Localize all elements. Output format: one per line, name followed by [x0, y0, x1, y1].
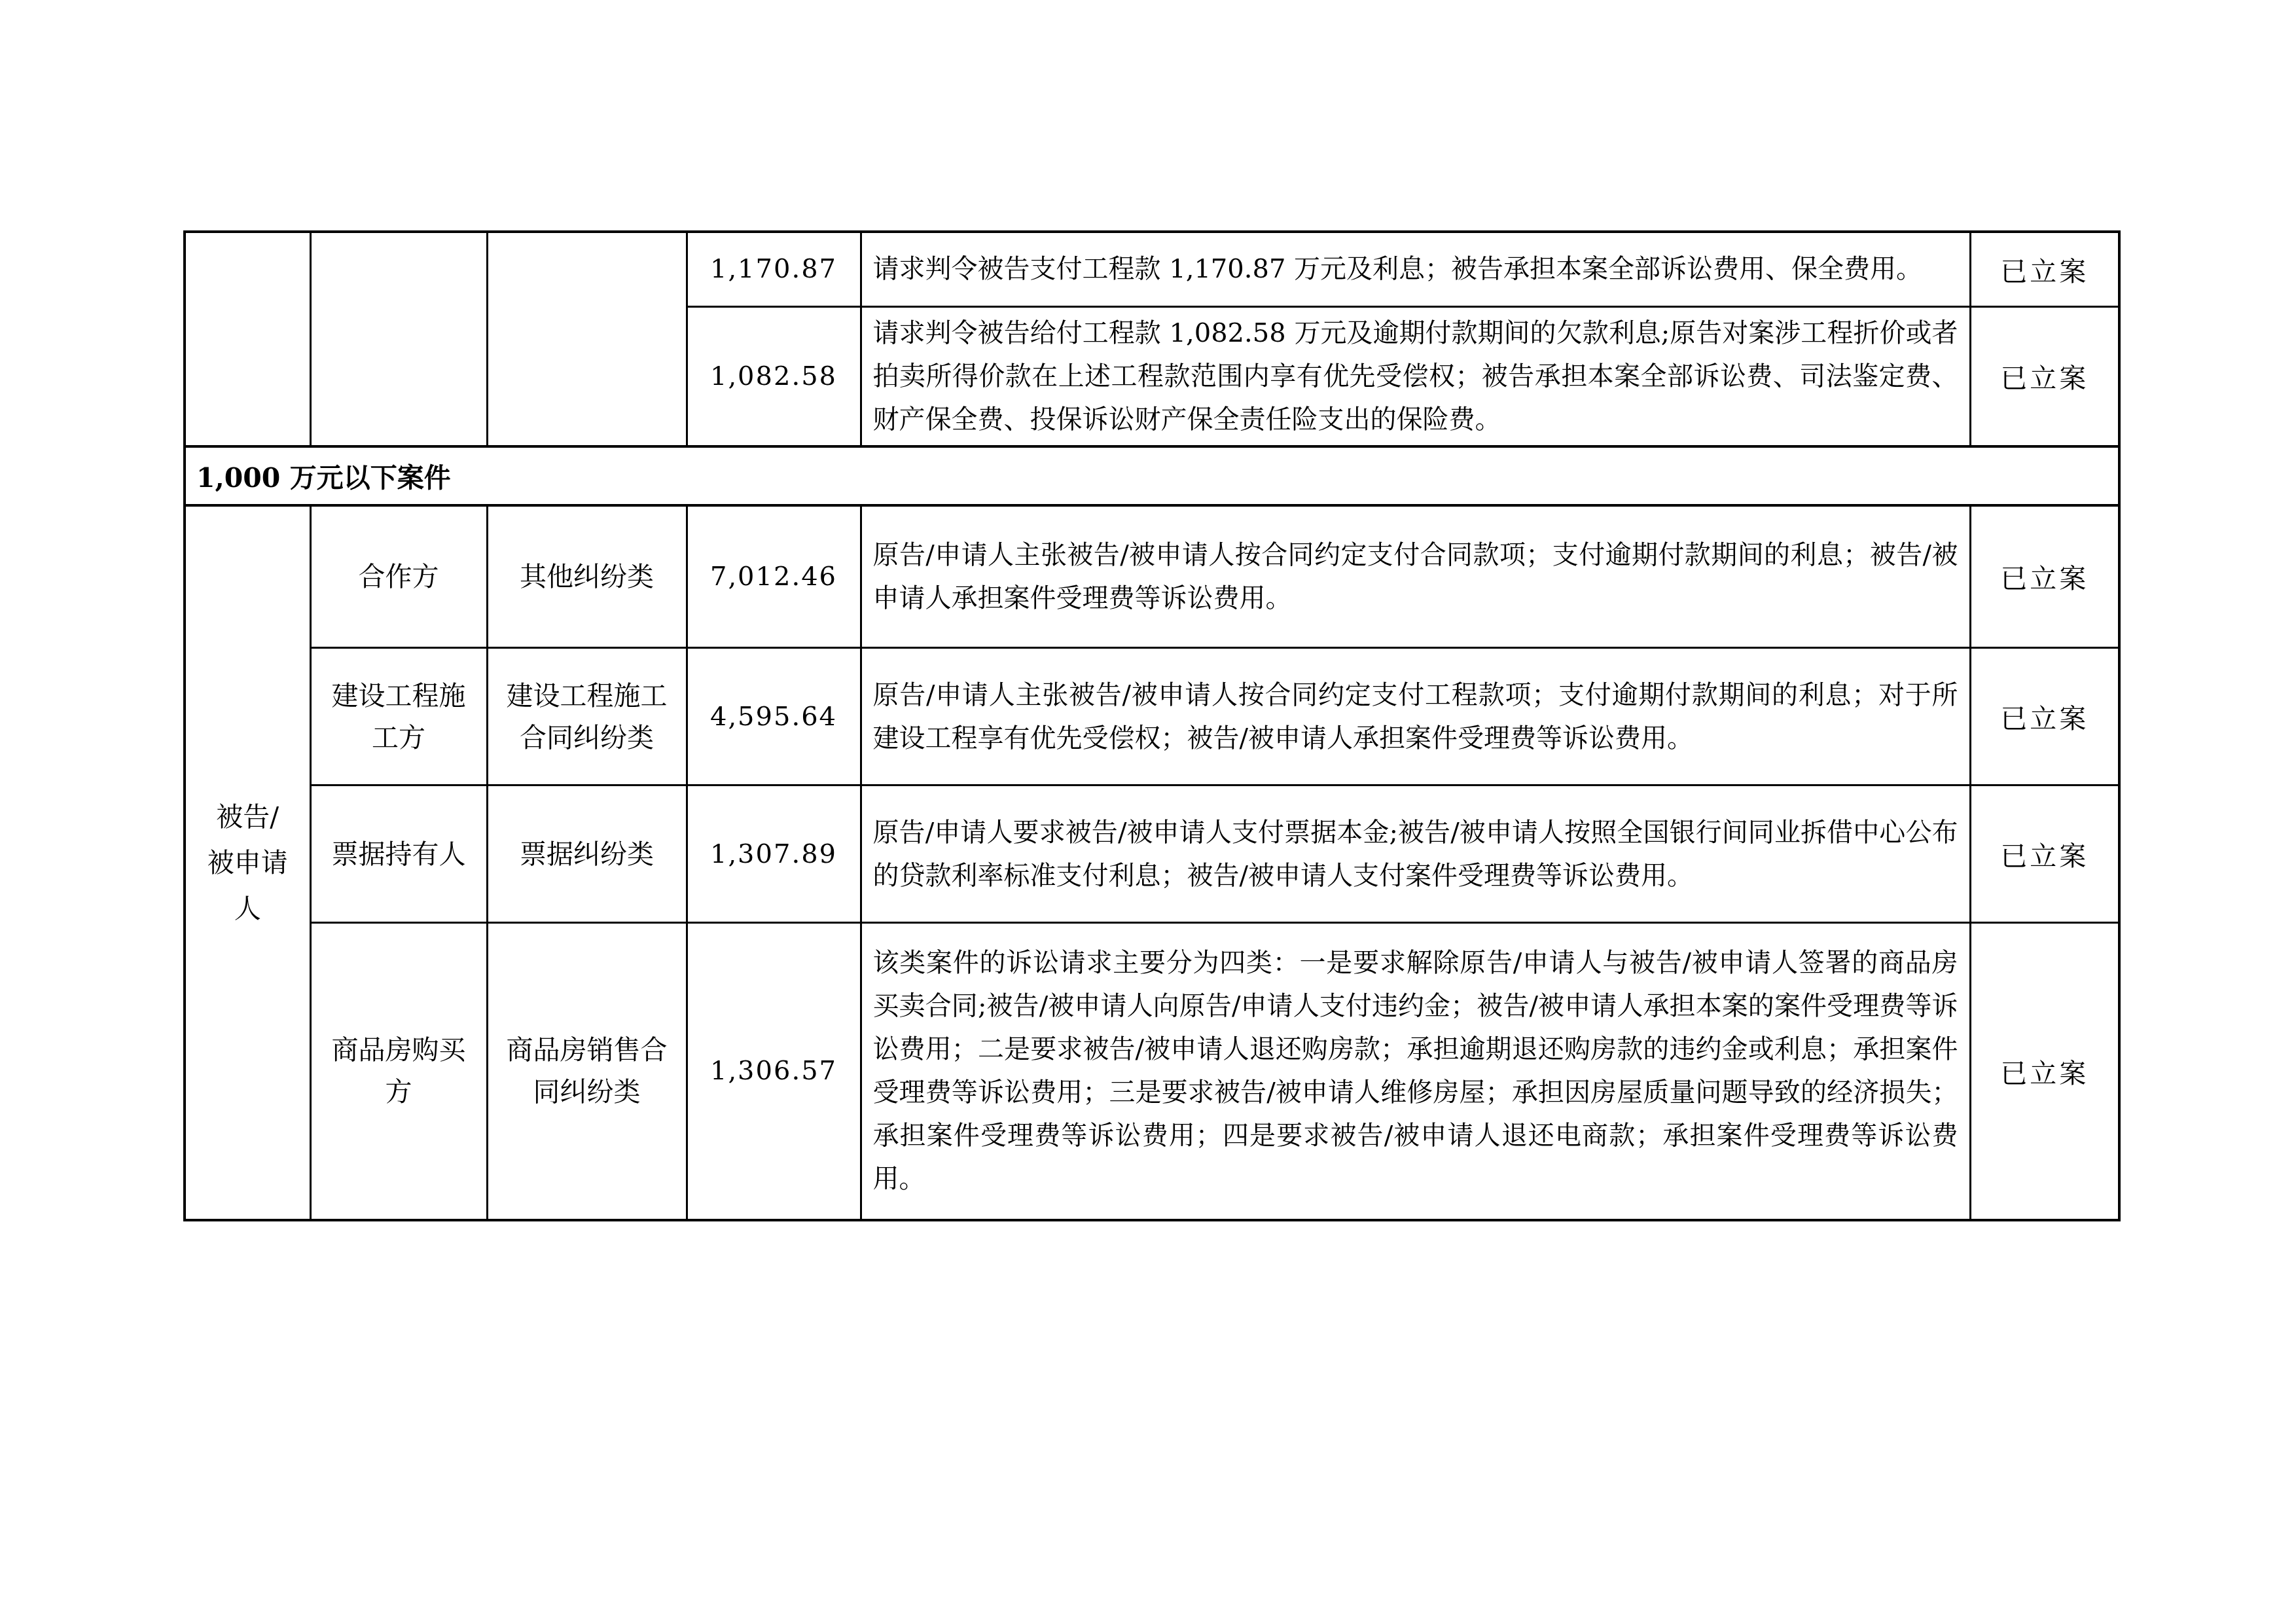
section-header-row: 1,000 万元以下案件 [185, 446, 2119, 505]
dispute-type-cell: 建设工程施工合同纠纷类 [487, 648, 687, 785]
table-row: 被告/ 被申请 人 合作方 其他纠纷类 7,012.46 原告/申请人主张被告/… [185, 505, 2119, 648]
claim-description-cell: 请求判令被告支付工程款 1,170.87 万元及利息；被告承担本案全部诉讼费用、… [861, 232, 1970, 306]
amount-cell: 1,170.87 [687, 232, 861, 306]
section-header-label: 1,000 万元以下案件 [185, 446, 2119, 505]
case-status-cell: 已立案 [1970, 505, 2119, 648]
claim-description-cell: 该类案件的诉讼请求主要分为四类：一是要求解除原告/申请人与被告/被申请人签署的商… [861, 923, 1970, 1220]
empty-role-cell [185, 232, 310, 446]
case-status-cell: 已立案 [1970, 785, 2119, 923]
table-row: 商品房购买方 商品房销售合同纠纷类 1,306.57 该类案件的诉讼请求主要分为… [185, 923, 2119, 1220]
counterparty-cell: 建设工程施工方 [310, 648, 487, 785]
table-row: 1,170.87 请求判令被告支付工程款 1,170.87 万元及利息；被告承担… [185, 232, 2119, 306]
case-status-cell: 已立案 [1970, 232, 2119, 306]
amount-cell: 4,595.64 [687, 648, 861, 785]
claim-description-cell: 请求判令被告给付工程款 1,082.58 万元及逾期付款期间的欠款利息;原告对案… [861, 306, 1970, 446]
dispute-type-cell: 票据纠纷类 [487, 785, 687, 923]
counterparty-cell: 票据持有人 [310, 785, 487, 923]
claim-description-cell: 原告/申请人主张被告/被申请人按合同约定支付工程款项；支付逾期付款期间的利息；对… [861, 648, 1970, 785]
case-status-cell: 已立案 [1970, 648, 2119, 785]
dispute-type-cell: 商品房销售合同纠纷类 [487, 923, 687, 1220]
amount-cell: 1,306.57 [687, 923, 861, 1220]
amount-cell: 1,082.58 [687, 306, 861, 446]
litigation-case-table: 1,170.87 请求判令被告支付工程款 1,170.87 万元及利息；被告承担… [183, 230, 2121, 1221]
dispute-type-cell: 其他纠纷类 [487, 505, 687, 648]
claim-description-cell: 原告/申请人主张被告/被申请人按合同约定支付合同款项；支付逾期付款期间的利息；被… [861, 505, 1970, 648]
document-page: { "document": { "table": { "continued_ro… [0, 0, 2296, 1624]
empty-counterparty-cell [310, 232, 487, 446]
empty-dispute-type-cell [487, 232, 687, 446]
counterparty-cell: 商品房购买方 [310, 923, 487, 1220]
amount-cell: 7,012.46 [687, 505, 861, 648]
case-status-cell: 已立案 [1970, 923, 2119, 1220]
counterparty-cell: 合作方 [310, 505, 487, 648]
table-row: 建设工程施工方 建设工程施工合同纠纷类 4,595.64 原告/申请人主张被告/… [185, 648, 2119, 785]
claim-description-cell: 原告/申请人要求被告/被申请人支付票据本金;被告/被申请人按照全国银行间同业拆借… [861, 785, 1970, 923]
case-status-cell: 已立案 [1970, 306, 2119, 446]
defendant-role-cell: 被告/ 被申请 人 [185, 505, 310, 1220]
table-row: 票据持有人 票据纠纷类 1,307.89 原告/申请人要求被告/被申请人支付票据… [185, 785, 2119, 923]
amount-cell: 1,307.89 [687, 785, 861, 923]
